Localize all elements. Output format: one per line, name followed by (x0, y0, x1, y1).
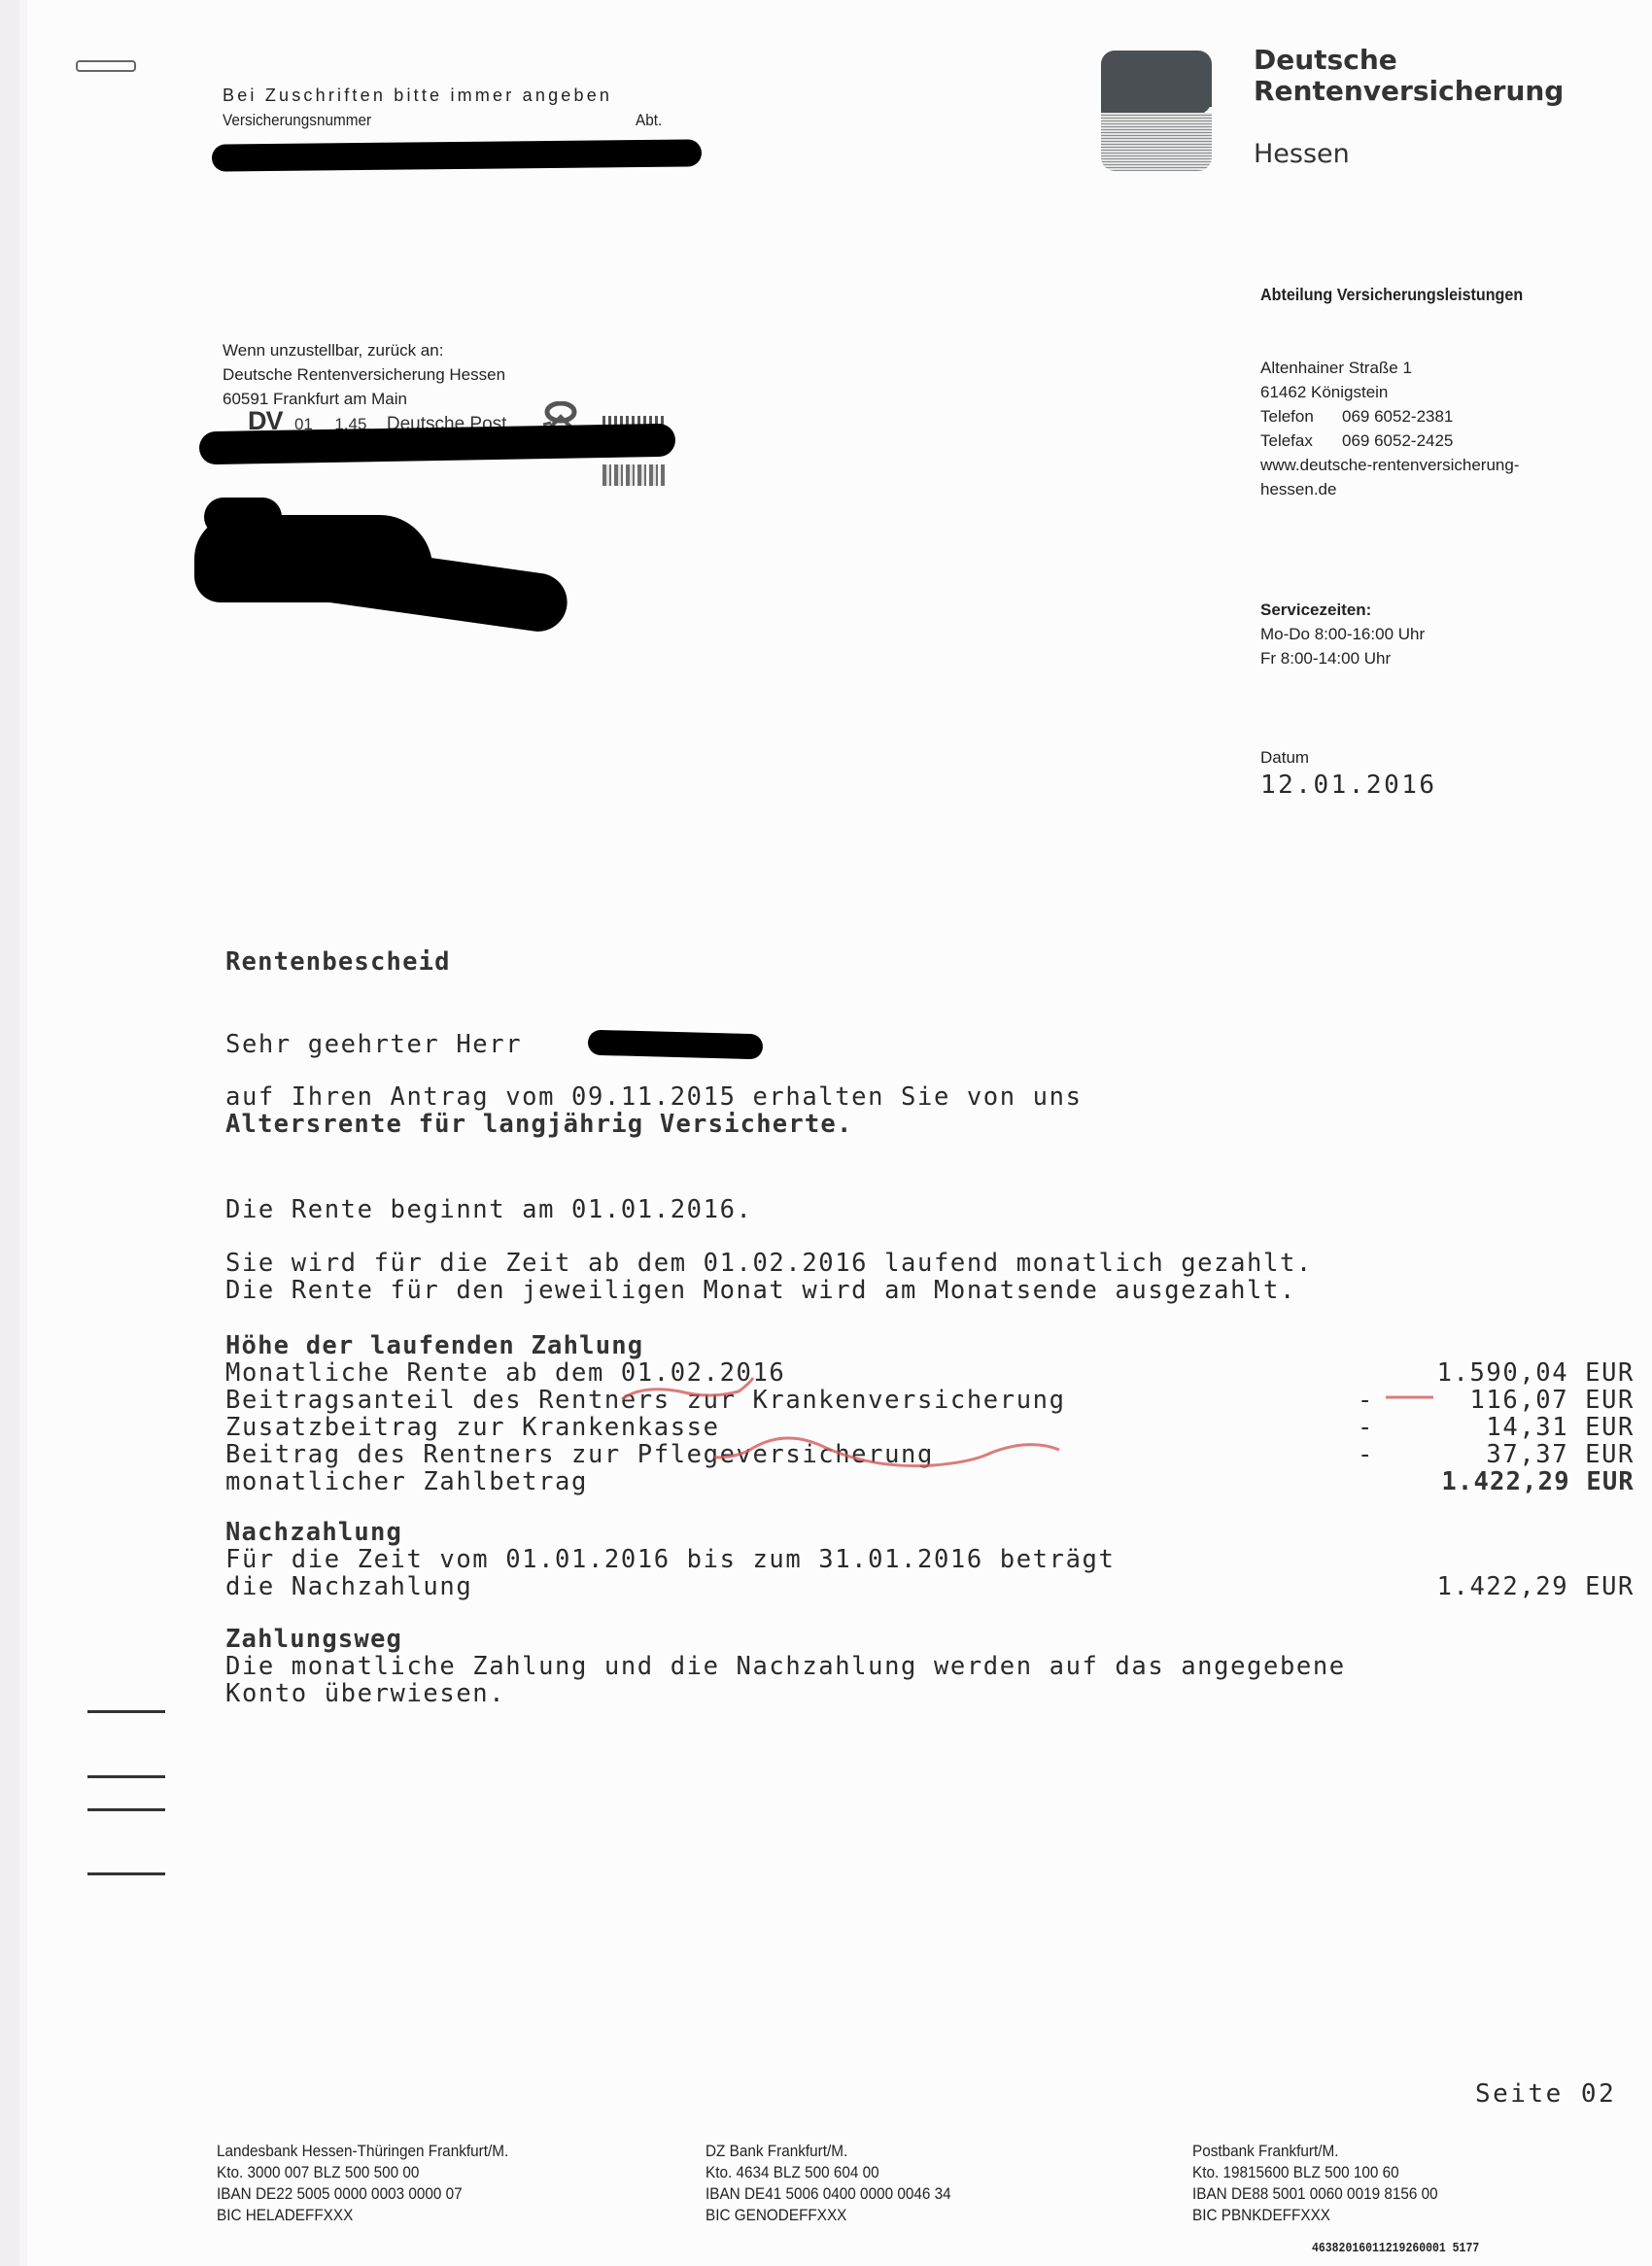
bank-account: Kto. 4634 BLZ 500 604 00 (706, 2162, 951, 2183)
phone-number[interactable]: 069 6052-2381 (1342, 407, 1453, 426)
date-label: Datum (1260, 748, 1309, 768)
return-address-line2: Deutsche Rentenversicherung Hessen (223, 362, 505, 387)
payment-row-sign: - (1358, 1413, 1374, 1442)
return-address: Wenn unzustellbar, zurück an: Deutsche R… (223, 338, 505, 411)
payment-row: Beitragsanteil des Rentners zur Krankenv… (225, 1386, 1635, 1413)
fold-mark-3 (87, 1808, 165, 1811)
bank-iban: IBAN DE41 5006 0400 0000 0046 34 (706, 2183, 951, 2205)
page-number: Seite 02 (1475, 2079, 1616, 2109)
bank-bic: BIC GENODEFFXXX (706, 2205, 951, 2226)
fax-number: 069 6052-2425 (1342, 431, 1453, 450)
payment-method-line2: Konto überwiesen. (225, 1679, 505, 1708)
service-hours-fr: Fr 8:00-14:00 Uhr (1260, 646, 1425, 670)
payment-row-amount: 1.422,29 EUR (1441, 1467, 1635, 1496)
paid-line1: Sie wird für die Zeit ab dem 01.02.2016 … (225, 1249, 1313, 1278)
payment-row-sign: - (1358, 1440, 1374, 1469)
service-hours-title: Servicezeiten: (1260, 598, 1425, 622)
payment-row-label: monatlicher Zahlbetrag (225, 1467, 588, 1496)
payment-row: Monatliche Rente ab dem 01.02.20161.590,… (225, 1358, 1635, 1386)
website-link-line1[interactable]: www.deutsche-rentenversicherung- (1260, 453, 1519, 477)
department-name: Abteilung Versicherungsleistungen (1260, 285, 1523, 305)
bank-name: DZ Bank Frankfurt/M. (706, 2141, 951, 2162)
bank-bic: BIC PBNKDEFFXXX (1192, 2205, 1438, 2226)
paid-line2: Die Rente für den jeweiligen Monat wird … (225, 1276, 1296, 1305)
brand-line-1: Deutsche (1254, 45, 1564, 76)
payment-heading: Höhe der laufenden Zahlung (225, 1331, 643, 1360)
service-hours: Servicezeiten: Mo-Do 8:00-16:00 Uhr Fr 8… (1260, 598, 1425, 670)
backpay-line2: die Nachzahlung (225, 1572, 472, 1601)
intro-line1: auf Ihren Antrag vom 09.11.2015 erhalten… (225, 1082, 1083, 1112)
pension-start: Die Rente beginnt am 01.01.2016. (225, 1195, 752, 1224)
bank-dz: DZ Bank Frankfurt/M. Kto. 4634 BLZ 500 6… (706, 2141, 951, 2226)
payment-row-label: Zusatzbeitrag zur Krankenkasse (225, 1413, 720, 1442)
letter-title: Rentenbescheid (225, 947, 451, 977)
website-link-line2[interactable]: hessen.de (1260, 477, 1519, 501)
payment-row: Beitrag des Rentners zur Pflegeversicher… (225, 1440, 1635, 1467)
payment-row-amount: 14,31 EUR (1486, 1413, 1635, 1442)
sender-phone: Telefon069 6052-2381 (1260, 404, 1519, 429)
insurance-number-label: Versicherungsnummer (223, 111, 371, 130)
sender-street: Altenhainer Straße 1 (1260, 356, 1519, 380)
bank-iban: IBAN DE88 5001 0060 0019 8156 00 (1192, 2183, 1438, 2205)
bank-name: Landesbank Hessen-Thüringen Frankfurt/M. (217, 2141, 508, 2162)
backpay-line1: Für die Zeit vom 01.01.2016 bis zum 31.0… (225, 1545, 1115, 1574)
drv-logo-icon (1101, 51, 1212, 107)
payment-row: Zusatzbeitrag zur Krankenkasse-14,31 EUR (225, 1413, 1635, 1440)
sender-fax: Telefax069 6052-2425 (1260, 429, 1519, 453)
payment-method-line1: Die monatliche Zahlung und die Nachzahlu… (225, 1652, 1346, 1681)
datamatrix-icon (602, 464, 665, 486)
sender-city: 61462 Königstein (1260, 380, 1519, 404)
payment-row: monatlicher Zahlbetrag1.422,29 EUR (225, 1467, 1635, 1494)
payment-method-heading: Zahlungsweg (225, 1625, 402, 1654)
bank-bic: BIC HELADEFFXXX (217, 2205, 508, 2226)
bank-name: Postbank Frankfurt/M. (1192, 2141, 1438, 2162)
brand-name: Deutsche Rentenversicherung (1254, 45, 1564, 107)
payment-row-sign: - (1358, 1386, 1374, 1415)
fax-label: Telefax (1260, 429, 1342, 453)
brand-line-2: Rentenversicherung (1254, 76, 1564, 107)
fold-mark-2 (87, 1775, 165, 1778)
scan-edge-inner (19, 0, 27, 2266)
service-hours-mo-do: Mo-Do 8:00-16:00 Uhr (1260, 622, 1425, 646)
letter-date: 12.01.2016 (1260, 771, 1437, 800)
payment-row-label: Beitrag des Rentners zur Pflegeversicher… (225, 1440, 934, 1469)
bank-helaba: Landesbank Hessen-Thüringen Frankfurt/M.… (217, 2141, 508, 2226)
redacted-insurance-number (212, 139, 702, 171)
payment-table: Monatliche Rente ab dem 01.02.20161.590,… (225, 1358, 1635, 1494)
payment-row-label: Monatliche Rente ab dem 01.02.2016 (225, 1358, 785, 1388)
backpay-amount: 1.422,29 EUR (1437, 1572, 1635, 1601)
payment-row-amount: 1.590,04 EUR (1437, 1358, 1635, 1388)
pension-type: Altersrente für langjährig Versicherte. (225, 1110, 853, 1139)
bank-postbank: Postbank Frankfurt/M. Kto. 19815600 BLZ … (1192, 2141, 1438, 2226)
return-address-line1: Wenn unzustellbar, zurück an: (223, 338, 505, 362)
scan-edge (0, 0, 19, 2266)
reference-prompt: Bei Zuschriften bitte immer angeben (223, 86, 612, 106)
sender-address: Altenhainer Straße 1 61462 Königstein Te… (1260, 356, 1519, 501)
fold-mark-4 (87, 1872, 165, 1875)
salutation: Sehr geehrter Herr (225, 1030, 522, 1059)
staple-mark (76, 60, 136, 72)
bank-account: Kto. 3000 007 BLZ 500 500 00 (217, 2162, 508, 2183)
phone-label: Telefon (1260, 404, 1342, 429)
bank-iban: IBAN DE22 5005 0000 0003 0000 07 (217, 2183, 508, 2205)
bank-account: Kto. 19815600 BLZ 500 100 60 (1192, 2162, 1438, 2183)
payment-row-amount: 116,07 EUR (1469, 1386, 1635, 1415)
department-label: Abt. (636, 111, 662, 130)
payment-row-label: Beitragsanteil des Rentners zur Krankenv… (225, 1386, 1066, 1415)
redacted-recipient-surname (588, 1030, 764, 1060)
redacted-recipient-line (199, 424, 676, 465)
payment-row-amount: 37,37 EUR (1486, 1440, 1635, 1469)
document-code: 46382016011219260001 5177 (1312, 2241, 1479, 2256)
brand-region: Hessen (1254, 139, 1350, 169)
backpay-heading: Nachzahlung (225, 1518, 402, 1547)
drv-logo-pattern-icon (1101, 113, 1212, 171)
fold-mark-1 (87, 1710, 165, 1713)
